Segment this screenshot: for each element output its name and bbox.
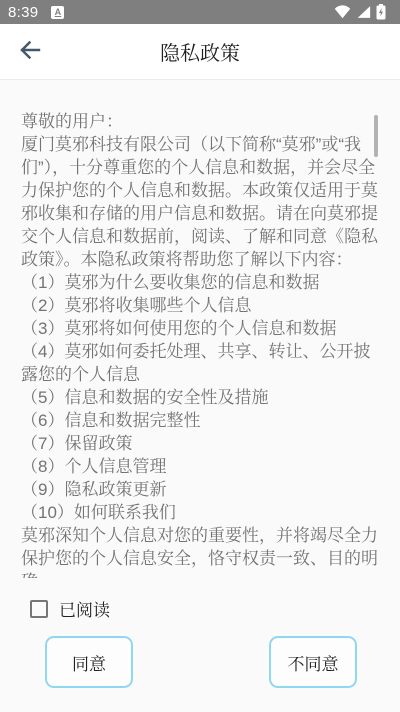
policy-paragraph: （3）莫邪将如何使用您的个人信息和数据 — [21, 317, 379, 340]
back-button[interactable] — [10, 32, 50, 72]
policy-paragraph: （7）保留政策 — [21, 432, 379, 455]
policy-text-scroll-area[interactable]: 尊敬的用户：厦门莫邪科技有限公司（以下简称“莫邪”或“我们”），十分尊重您的个人… — [21, 110, 379, 578]
policy-paragraph: （6）信息和数据完整性 — [21, 409, 379, 432]
page-title: 隐私政策 — [0, 37, 400, 66]
status-bar-left: 8:39 A — [8, 4, 64, 21]
read-checkbox[interactable] — [30, 600, 48, 618]
action-button-row: 同意 不同意 — [0, 636, 400, 688]
cellular-signal-icon — [356, 5, 371, 19]
policy-paragraph: 莫邪深知个人信息对您的重要性，并将竭尽全力保护您的个人信息安全，恪守权责一致、目… — [21, 524, 379, 578]
policy-paragraph: （1）莫邪为什么要收集您的信息和数据 — [21, 271, 379, 294]
policy-paragraph: 厦门莫邪科技有限公司（以下简称“莫邪”或“我们”），十分尊重您的个人信息和数据，… — [21, 133, 379, 271]
battery-charging-icon — [376, 4, 386, 20]
policy-paragraph: （9）隐私政策更新 — [21, 478, 379, 501]
policy-paragraph: （2）莫邪将收集哪些个人信息 — [21, 294, 379, 317]
policy-paragraph: 尊敬的用户： — [21, 110, 379, 133]
clock: 8:39 — [8, 4, 38, 21]
status-bar: 8:39 A — [0, 0, 400, 24]
policy-paragraph: （5）信息和数据的安全性及措施 — [21, 386, 379, 409]
disagree-button[interactable]: 不同意 — [269, 636, 357, 688]
policy-paragraph: （4）莫邪如何委托处理、共享、转让、公开披露您的个人信息 — [21, 340, 379, 386]
back-arrow-icon — [18, 38, 42, 67]
consent-row: 已阅读 — [30, 596, 110, 621]
policy-paragraph: （10）如何联系我们 — [21, 501, 379, 524]
privacy-policy-screen: 8:39 A 隐私政策 — [0, 0, 400, 712]
read-checkbox-label: 已阅读 — [59, 596, 110, 621]
agree-button[interactable]: 同意 — [45, 636, 133, 688]
scrollbar-thumb[interactable] — [374, 115, 378, 157]
app-bar: 隐私政策 — [0, 24, 400, 80]
app-notification-icon: A — [51, 6, 64, 19]
wifi-icon — [334, 5, 351, 19]
status-bar-right — [334, 4, 386, 20]
policy-paragraph: （8）个人信息管理 — [21, 455, 379, 478]
